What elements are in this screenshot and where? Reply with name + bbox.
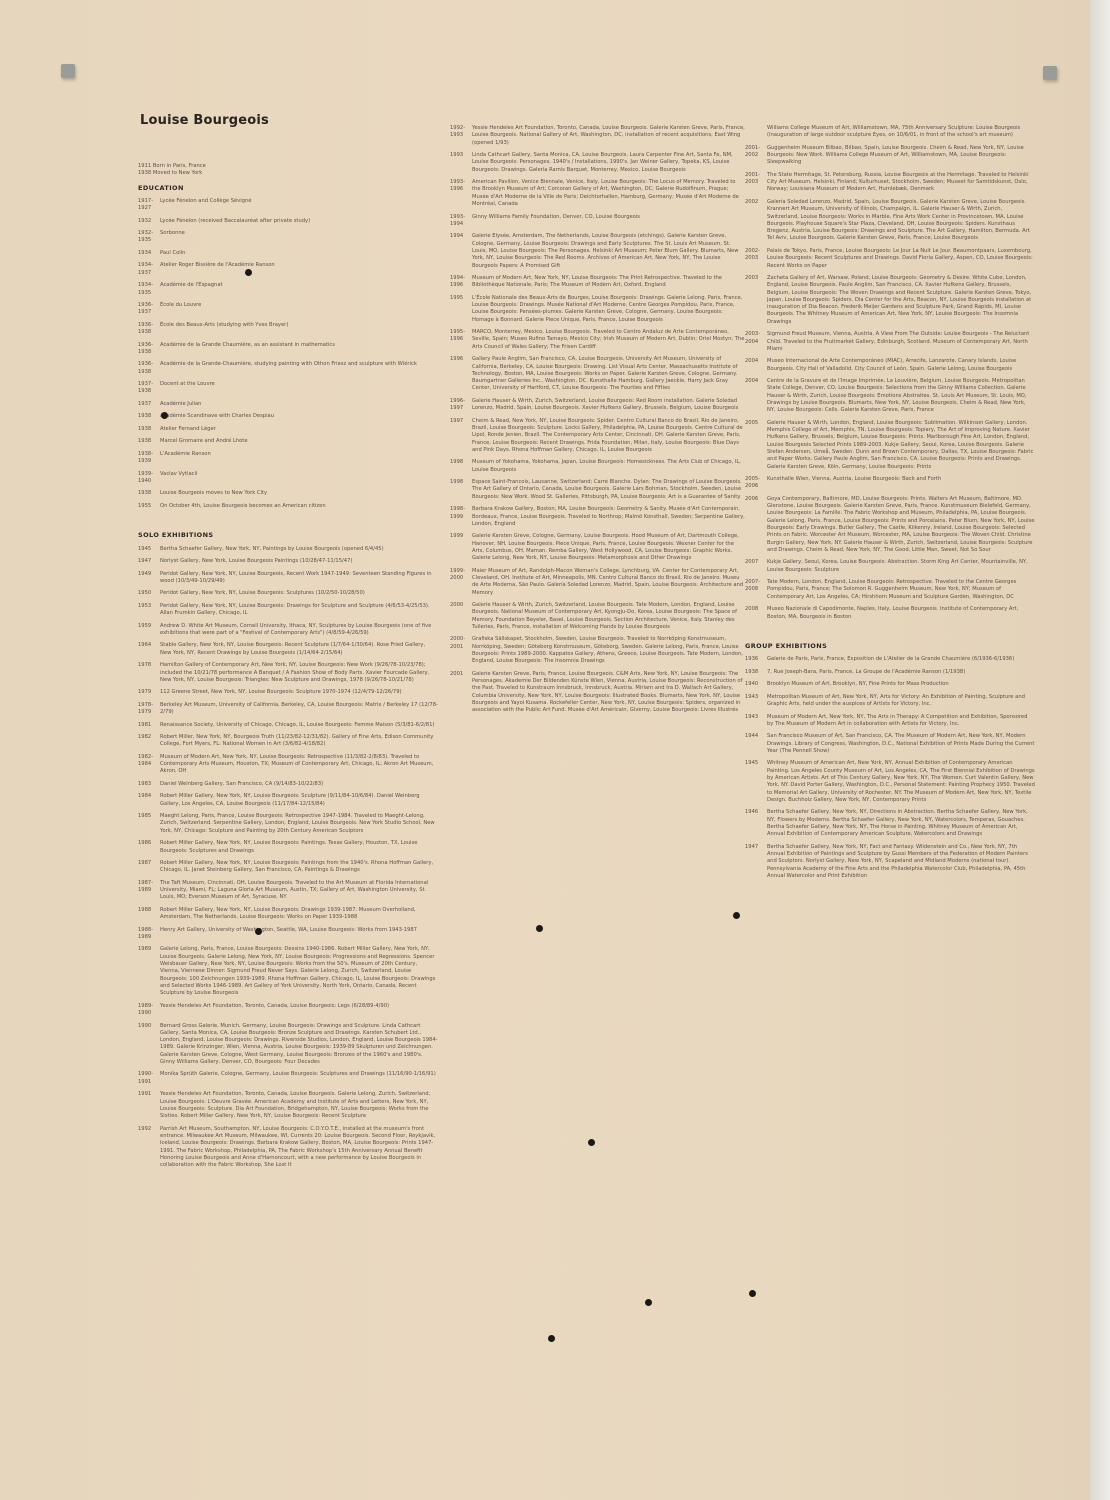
- entry-text: 112 Greene Street, New York, NY, Louise …: [160, 689, 438, 696]
- list-item: 1992Parrish Art Museum, Southampton, NY,…: [138, 1126, 438, 1170]
- entry-text: Hamilton Gallery of Contemporary Art, Ne…: [160, 662, 438, 684]
- list-item: 1938Marcel Gromaire and André Lhote: [138, 438, 438, 445]
- list-item: 1947Norlyst Gallery, New York, Louise Bo…: [138, 558, 438, 565]
- entry-year: 1945: [745, 760, 767, 804]
- entry-text: Sigmund Freud Museum, Vienna, Austria, A…: [767, 331, 1035, 353]
- list-item: 1989Galerie Lelong, Paris, France, Louis…: [138, 946, 438, 997]
- entry-year: 1943: [745, 694, 767, 709]
- entry-text: Marcel Gromaire and André Lhote: [160, 438, 438, 445]
- entry-year: 1949: [138, 571, 160, 586]
- entry-year: 2001-2002: [745, 145, 767, 167]
- list-item: 1991Yessie Hendeles Art Foundation, Toro…: [138, 1091, 438, 1120]
- list-item: 2006Goya Contemporary, Baltimore, MD, Lo…: [745, 496, 1035, 554]
- entry-year: 1932-1935: [138, 230, 160, 245]
- entry-year: 1944: [745, 733, 767, 755]
- entry-year: 1939-1940: [138, 471, 160, 486]
- entry-text: Bertha Schaefer Gallery, New York, NY, F…: [767, 844, 1035, 880]
- entry-text: Museo Nazionale di Capodimonte, Naples, …: [767, 606, 1035, 621]
- entry-year: 1991: [138, 1091, 160, 1120]
- list-item: 1995-1996MARCO, Monterrey, Mexico, Louis…: [450, 329, 745, 351]
- list-item: Williams College Museum of Art, Williams…: [745, 125, 1035, 140]
- entry-text: Académie Julian: [160, 401, 438, 408]
- entry-text: Kukje Gallery, Seoul, Korea, Louise Bour…: [767, 559, 1035, 574]
- list-item: 1998Espace Saint-Francois, Lausanne, Swi…: [450, 479, 745, 501]
- list-item: 1938Atelier Fernand Léger: [138, 426, 438, 433]
- entry-year: 2004: [745, 378, 767, 414]
- entry-year: 1993-1996: [450, 179, 472, 208]
- entry-text: Bertha Schaefer Gallery, New York, NY, P…: [160, 546, 438, 553]
- entry-year: 1998: [450, 459, 472, 474]
- ink-dot: [245, 269, 252, 276]
- entry-year: 1936-1938: [138, 342, 160, 357]
- entry-year: 1982-1984: [138, 754, 160, 776]
- entry-year: 1936-1938: [138, 322, 160, 337]
- entry-year: 1995-1996: [450, 329, 472, 351]
- entry-text: The State Hermitage, St. Petersburg, Rus…: [767, 172, 1035, 194]
- entry-year: 2007-2008: [745, 579, 767, 601]
- list-item: 1982-1984Museum of Modern Art, New York,…: [138, 754, 438, 776]
- list-item: 2002Galería Soledad Lorenzo, Madrid, Spa…: [745, 199, 1035, 243]
- list-item: 1917-1927Lycée Fénelon and Collège Sévig…: [138, 198, 438, 213]
- column-right: Williams College Museum of Art, Williams…: [745, 125, 1035, 885]
- entry-text: Guggenheim Museum Bilbao, Bilbao, Spain,…: [767, 145, 1035, 167]
- entry-year: 1983: [138, 781, 160, 788]
- entry-year: 1987: [138, 860, 160, 875]
- list-item: 1992-1993Yessie Hendeles Art Foundation,…: [450, 125, 745, 147]
- list-item: 2000Galerie Hauser & Wirth, Zurich, Swit…: [450, 602, 745, 631]
- list-item: 1990Bernard Gross Galerie, Munich, Germa…: [138, 1023, 438, 1067]
- list-item: 2003-2004Sigmund Freud Museum, Vienna, A…: [745, 331, 1035, 353]
- ink-dot: [733, 912, 740, 919]
- entry-text: Académie de la Grande Chaumière, as an a…: [160, 342, 438, 357]
- entry-year: 1936: [745, 656, 767, 663]
- entry-year: 2001-2003: [745, 172, 767, 194]
- magnet-top-left: [61, 64, 75, 78]
- entry-year: 2003-2004: [745, 331, 767, 353]
- group-exhibitions-list: 1936Galerie de Paris, Paris, France, Exp…: [745, 656, 1035, 880]
- entry-year: 1936-1937: [138, 302, 160, 317]
- list-item: 1979112 Greene Street, New York, NY, Lou…: [138, 689, 438, 696]
- list-item: 1932Lycée Fénelon (received Baccalauréat…: [138, 218, 438, 225]
- list-item: 1944San Francisco Museum of Art, San Fra…: [745, 733, 1035, 755]
- solo-exhibitions-list-1: 1945Bertha Schaefer Gallery, New York, N…: [138, 546, 438, 1170]
- list-item: 1937Académie Julian: [138, 401, 438, 408]
- entry-year: 1936-1938: [138, 361, 160, 376]
- entry-year: 2002-2003: [745, 248, 767, 270]
- entry-text: Paul Colin: [160, 250, 438, 257]
- magnet-top-right: [1043, 66, 1057, 80]
- entry-text: Grafiska Sällskapet, Stockholm, Sweden, …: [472, 636, 745, 665]
- list-item: 1998Museum of Yokohama, Yokohama, Japan,…: [450, 459, 745, 474]
- list-item: 1978-1979Berkeley Art Museum, University…: [138, 702, 438, 717]
- entry-year: 1938: [138, 426, 160, 433]
- list-item: 2005Galerie Hauser & Wirth, London, Engl…: [745, 420, 1035, 471]
- entry-text: Zacheta Gallery of Art, Warsaw, Poland, …: [767, 275, 1035, 326]
- entry-year: 1938-1939: [138, 451, 160, 466]
- entry-year: 1984: [138, 793, 160, 808]
- entry-text: Barbara Krakow Gallery, Boston, MA, Loui…: [472, 506, 745, 528]
- list-item: 1947Bertha Schaefer Gallery, New York, N…: [745, 844, 1035, 880]
- entry-text: The Taft Museum, Cincinnati, OH, Louise …: [160, 880, 438, 902]
- entry-year: 1917-1927: [138, 198, 160, 213]
- entry-year: 2003: [745, 275, 767, 326]
- entry-year: 1989-1990: [138, 1003, 160, 1018]
- entry-year: 2001: [450, 671, 472, 715]
- entry-text: Bernard Gross Galerie, Munich, Germany, …: [160, 1023, 438, 1067]
- entry-text: Norlyst Gallery, New York, Louise Bourge…: [160, 558, 438, 565]
- entry-text: Vaclav Vytlacil: [160, 471, 438, 486]
- list-item: 1997Cheim & Read, New York, NY, Louise B…: [450, 418, 745, 454]
- entry-year: 1992-1993: [450, 125, 472, 147]
- entry-year: [745, 125, 767, 140]
- entry-text: Robert Miller Gallery, New York, NY, Lou…: [160, 840, 438, 855]
- bio-line: 1938 Moved to New York: [138, 170, 438, 177]
- entry-year: 1986: [138, 840, 160, 855]
- entry-text: Cheim & Read, New York, NY, Louise Bourg…: [472, 418, 745, 454]
- list-item: 2007-2008Tate Modern, London, England, L…: [745, 579, 1035, 601]
- list-item: 2007Kukje Gallery, Seoul, Korea, Louise …: [745, 559, 1035, 574]
- entry-text: École du Louvre: [160, 302, 438, 317]
- entry-year: 1964: [138, 642, 160, 657]
- entry-text: Parrish Art Museum, Southampton, NY, Lou…: [160, 1126, 438, 1170]
- entry-text: Centre de la Gravure et de l'Image Impri…: [767, 378, 1035, 414]
- ink-dot: [749, 1290, 756, 1297]
- list-item: 2001-2002Guggenheim Museum Bilbao, Bilba…: [745, 145, 1035, 167]
- entry-text: Galerie Hauser & Wirth, Zurich, Switzerl…: [472, 398, 745, 413]
- entry-text: Robert Miller Gallery, New York, NY, Lou…: [160, 793, 438, 808]
- list-item: 1959Andrew D. White Art Museum, Cornell …: [138, 623, 438, 638]
- entry-text: Tate Modern, London, England, Louise Bou…: [767, 579, 1035, 601]
- entry-year: 2000-2001: [450, 636, 472, 665]
- education-list: 1917-1927Lycée Fénelon and Collège Sévig…: [138, 198, 438, 510]
- entry-year: 1985: [138, 813, 160, 835]
- entry-text: Linda Cathcart Gallery, Santa Monica, CA…: [472, 152, 745, 174]
- entry-text: Docent at the Louvre: [160, 381, 438, 396]
- entry-text: Andrew D. White Art Museum, Cornell Univ…: [160, 623, 438, 638]
- entry-text: Louise Bourgeois moves to New York City: [160, 490, 438, 497]
- list-item: 1987Robert Miller Gallery, New York, NY,…: [138, 860, 438, 875]
- entry-text: Museum of Modern Art, New York, NY, Loui…: [160, 754, 438, 776]
- entry-year: 1955: [138, 503, 160, 510]
- entry-year: 1987-1989: [138, 880, 160, 902]
- list-item: 1981Renaissance Society, University of C…: [138, 722, 438, 729]
- solo-exhibitions-list-2: 1992-1993Yessie Hendeles Art Foundation,…: [450, 125, 745, 715]
- entry-text: Henry Art Gallery, University of Washing…: [160, 927, 438, 942]
- entry-year: 1940: [745, 681, 767, 688]
- entry-year: 1989: [138, 946, 160, 997]
- entry-year: 1994-1996: [450, 275, 472, 290]
- entry-text: Gallery Paule Anglim, San Francisco, CA,…: [472, 356, 745, 392]
- list-item: 1986Robert Miller Gallery, New York, NY,…: [138, 840, 438, 855]
- entry-year: 1934-1937: [138, 262, 160, 277]
- entry-year: 1996-1997: [450, 398, 472, 413]
- entry-text: L'École Nationale des Beaux-Arts de Bour…: [472, 295, 745, 324]
- entry-year: 1938: [138, 413, 160, 420]
- ink-dot: [255, 928, 262, 935]
- entry-year: 1979: [138, 689, 160, 696]
- entry-text: Monika Sprüth Galerie, Cologne, Germany,…: [160, 1071, 438, 1086]
- entry-text: American Pavilion, Venice Biennale, Veni…: [472, 179, 745, 208]
- entry-year: 1997: [450, 418, 472, 454]
- list-item: 1934Paul Colin: [138, 250, 438, 257]
- list-item: 1936-1938École des Beaux-Arts (studying …: [138, 322, 438, 337]
- list-item: 2008Museo Nazionale di Capodimonte, Napl…: [745, 606, 1035, 621]
- list-item: 1938-1939L'Académie Ranson: [138, 451, 438, 466]
- list-item: 1988-1989Henry Art Gallery, University o…: [138, 927, 438, 942]
- entry-year: 1999-2000: [450, 568, 472, 597]
- entry-year: 1934-1935: [138, 282, 160, 297]
- list-item: 1999Galerie Karsten Greve, Cologne, Germ…: [450, 533, 745, 562]
- list-item: 1939-1940Vaclav Vytlacil: [138, 471, 438, 486]
- entry-year: 1950: [138, 590, 160, 597]
- column-left: 1911 Born in Paris, France1938 Moved to …: [138, 163, 438, 1175]
- list-item: 1943Museum of Modern Art, New York, NY, …: [745, 714, 1035, 729]
- entry-text: San Francisco Museum of Art, San Francis…: [767, 733, 1035, 755]
- entry-text: Atelier Fernand Léger: [160, 426, 438, 433]
- list-item: 2001-2003The State Hermitage, St. Peters…: [745, 172, 1035, 194]
- document-title: Louise Bourgeois: [140, 113, 269, 128]
- entry-year: 1995: [450, 295, 472, 324]
- entry-year: 1982: [138, 734, 160, 749]
- entry-text: Williams College Museum of Art, Williams…: [767, 125, 1035, 140]
- list-item: 2004Centre de la Gravure et de l'Image I…: [745, 378, 1035, 414]
- list-item: 1949Peridot Gallery, New York, NY, Louis…: [138, 571, 438, 586]
- list-item: 19387, Rue Joseph-Bara, Paris, France, L…: [745, 669, 1035, 676]
- education-heading: EDUCATION: [138, 185, 438, 192]
- list-item: 1990-1991Monika Sprüth Galerie, Cologne,…: [138, 1071, 438, 1086]
- entry-year: 1943: [745, 714, 767, 729]
- entry-year: 1953: [138, 603, 160, 618]
- entry-year: 1994: [450, 233, 472, 269]
- entry-text: Maier Museum of Art, Randolph-Macon Woma…: [472, 568, 745, 597]
- entry-text: Robert Miller Gallery, New York, NY, Lou…: [160, 907, 438, 922]
- entry-text: Stable Gallery, New York, NY, Louise Bou…: [160, 642, 438, 657]
- entry-year: 1992: [138, 1126, 160, 1170]
- entry-text: Atelier Roger Bissière de l'Académie Ran…: [160, 262, 438, 277]
- list-item: 1938Académie Scandinave with Charles Des…: [138, 413, 438, 420]
- entry-text: Daniel Weinberg Gallery, San Francisco, …: [160, 781, 438, 788]
- entry-text: Yessie Hendeles Art Foundation, Toronto,…: [160, 1091, 438, 1120]
- entry-year: 1938: [745, 669, 767, 676]
- entry-year: 2007: [745, 559, 767, 574]
- list-item: 2003Zacheta Gallery of Art, Warsaw, Pola…: [745, 275, 1035, 326]
- entry-text: Galerie Karsten Greve, Cologne, Germany,…: [472, 533, 745, 562]
- entry-text: Maeght Lelong, Paris, France, Louise Bou…: [160, 813, 438, 835]
- entry-text: Peridot Gallery, New York, NY, Louise Bo…: [160, 603, 438, 618]
- entry-text: Museum of Modern Art, New York, NY, The …: [767, 714, 1035, 729]
- entry-text: Académie de la Grande-Chaumière, studyin…: [160, 361, 438, 376]
- ink-dot: [536, 925, 543, 932]
- entry-text: Académie de l'Espagnat: [160, 282, 438, 297]
- entry-text: On October 4th, Louise Bourgeois becomes…: [160, 503, 438, 510]
- entry-year: 1938: [138, 438, 160, 445]
- entry-year: 2005: [745, 420, 767, 471]
- list-item: 1953Peridot Gallery, New York, NY, Louis…: [138, 603, 438, 618]
- entry-year: 1947: [138, 558, 160, 565]
- bio-line: 1911 Born in Paris, France: [138, 163, 438, 170]
- entry-text: Museo Internacional de Arte Contemporáne…: [767, 358, 1035, 373]
- list-item: 1936-1937École du Louvre: [138, 302, 438, 317]
- entry-text: Sorbonne: [160, 230, 438, 245]
- entry-year: 1937-1938: [138, 381, 160, 396]
- entry-year: 1978: [138, 662, 160, 684]
- entry-year: 1993: [450, 152, 472, 174]
- entry-year: 1996: [450, 356, 472, 392]
- list-item: 1993Linda Cathcart Gallery, Santa Monica…: [450, 152, 745, 174]
- list-item: 1983Daniel Weinberg Gallery, San Francis…: [138, 781, 438, 788]
- entry-text: Académie Scandinave with Charles Despiau: [160, 413, 438, 420]
- column-middle: 1992-1993Yessie Hendeles Art Foundation,…: [450, 125, 745, 720]
- group-exhibitions-heading: GROUP EXHIBITIONS: [745, 643, 1035, 650]
- list-item: 1945Bertha Schaefer Gallery, New York, N…: [138, 546, 438, 553]
- entry-year: 2002: [745, 199, 767, 243]
- entry-text: Brooklyn Museum of Art, Brooklyn, NY, Fi…: [767, 681, 1035, 688]
- list-item: 1932-1935Sorbonne: [138, 230, 438, 245]
- entry-text: Palais de Tokyo, Paris, France, Louise B…: [767, 248, 1035, 270]
- entry-text: Galerie de Paris, Paris, France, Exposit…: [767, 656, 1035, 663]
- list-item: 1999-2000Maier Museum of Art, Randolph-M…: [450, 568, 745, 597]
- list-item: 1985Maeght Lelong, Paris, France, Louise…: [138, 813, 438, 835]
- entry-text: Galerie Elysée, Amsterdam, The Netherlan…: [472, 233, 745, 269]
- list-item: 1988Robert Miller Gallery, New York, NY,…: [138, 907, 438, 922]
- entry-text: Peridot Gallery, New York, NY, Louise Bo…: [160, 571, 438, 586]
- entry-text: Whitney Museum of American Art, New York…: [767, 760, 1035, 804]
- list-item: 1982Robert Miller, New York, NY, Bourgeo…: [138, 734, 438, 749]
- entry-year: 1998: [450, 479, 472, 501]
- list-item: 1987-1989The Taft Museum, Cincinnati, OH…: [138, 880, 438, 902]
- entry-text: Museum of Yokohama, Yokohama, Japan, Lou…: [472, 459, 745, 474]
- entry-year: 2000: [450, 602, 472, 631]
- ink-dot: [645, 1299, 652, 1306]
- entry-year: 1937: [138, 401, 160, 408]
- entry-text: Lycée Fénelon and Collège Sévigné: [160, 198, 438, 213]
- entry-text: Robert Miller, New York, NY, Bourgeois T…: [160, 734, 438, 749]
- list-item: 1984Robert Miller Gallery, New York, NY,…: [138, 793, 438, 808]
- list-item: 1978Hamilton Gallery of Contemporary Art…: [138, 662, 438, 684]
- entry-year: 1981: [138, 722, 160, 729]
- entry-year: 1988: [138, 907, 160, 922]
- entry-text: Robert Miller Gallery, New York, NY, Lou…: [160, 860, 438, 875]
- list-item: 1936Galerie de Paris, Paris, France, Exp…: [745, 656, 1035, 663]
- list-item: 2005-2006Kunsthalle Wien, Vienna, Austri…: [745, 476, 1035, 491]
- list-item: 1936-1938Académie de la Grande-Chaumière…: [138, 361, 438, 376]
- entry-text: Metropolitan Museum of Art, New York, NY…: [767, 694, 1035, 709]
- entry-year: 1934: [138, 250, 160, 257]
- list-item: 1943Metropolitan Museum of Art, New York…: [745, 694, 1035, 709]
- entry-text: L'Académie Ranson: [160, 451, 438, 466]
- list-item: 1996-1997Galerie Hauser & Wirth, Zurich,…: [450, 398, 745, 413]
- list-item: 1936-1938Académie de la Grande Chaumière…: [138, 342, 438, 357]
- list-item: 1989-1990Yessie Hendeles Art Foundation,…: [138, 1003, 438, 1018]
- entry-text: Galería Soledad Lorenzo, Madrid, Spain, …: [767, 199, 1035, 243]
- entry-year: 1945: [138, 546, 160, 553]
- entry-year: 1932: [138, 218, 160, 225]
- entry-year: 1959: [138, 623, 160, 638]
- entry-text: École des Beaux-Arts (studying with Yves…: [160, 322, 438, 337]
- entry-year: 1990: [138, 1023, 160, 1067]
- list-item: 1964Stable Gallery, New York, NY, Louise…: [138, 642, 438, 657]
- entry-year: 1978-1979: [138, 702, 160, 717]
- list-item: 1996Gallery Paule Anglim, San Francisco,…: [450, 356, 745, 392]
- list-item: 1940Brooklyn Museum of Art, Brooklyn, NY…: [745, 681, 1035, 688]
- ink-dot: [588, 1139, 595, 1146]
- list-item: 1937-1938Docent at the Louvre: [138, 381, 438, 396]
- entry-text: Espace Saint-Francois, Lausanne, Switzer…: [472, 479, 745, 501]
- bio: 1911 Born in Paris, France1938 Moved to …: [138, 163, 438, 178]
- solo-exhibitions-list-3: Williams College Museum of Art, Williams…: [745, 125, 1035, 621]
- entry-year: 1998-1999: [450, 506, 472, 528]
- entry-year: 1999: [450, 533, 472, 562]
- entry-year: 1988-1989: [138, 927, 160, 942]
- list-item: 2002-2003Palais de Tokyo, Paris, France,…: [745, 248, 1035, 270]
- ink-dot: [161, 412, 168, 419]
- list-item: 1950Peridot Gallery, New York, NY, Louis…: [138, 590, 438, 597]
- list-item: 1994-1996Museum of Modern Art, New York,…: [450, 275, 745, 290]
- entry-text: Galerie Hauser & Wirth, Zurich, Switzerl…: [472, 602, 745, 631]
- ink-dot: [548, 1335, 555, 1342]
- list-item: 1993-1996American Pavilion, Venice Bienn…: [450, 179, 745, 208]
- entry-text: Ginny Williams Family Foundation, Denver…: [472, 214, 745, 229]
- entry-year: 2005-2006: [745, 476, 767, 491]
- list-item: 2004Museo Internacional de Arte Contempo…: [745, 358, 1035, 373]
- solo-exhibitions-heading: SOLO EXHIBITIONS: [138, 532, 438, 539]
- list-item: 1994Galerie Elysée, Amsterdam, The Nethe…: [450, 233, 745, 269]
- entry-text: Berkeley Art Museum, University of Calif…: [160, 702, 438, 717]
- entry-text: Goya Contemporary, Baltimore, MD, Louise…: [767, 496, 1035, 554]
- entry-text: Galerie Hauser & Wirth, London, England,…: [767, 420, 1035, 471]
- list-item: 1993-1994Ginny Williams Family Foundatio…: [450, 214, 745, 229]
- entry-text: Yessie Hendeles Art Foundation, Toronto,…: [160, 1003, 438, 1018]
- entry-text: Yessie Hendeles Art Foundation, Toronto,…: [472, 125, 745, 147]
- list-item: 2000-2001Grafiska Sällskapet, Stockholm,…: [450, 636, 745, 665]
- entry-text: Lycée Fénelon (received Baccalauréat aft…: [160, 218, 438, 225]
- list-item: 1998-1999Barbara Krakow Gallery, Boston,…: [450, 506, 745, 528]
- list-item: 1934-1935Académie de l'Espagnat: [138, 282, 438, 297]
- entry-year: 2006: [745, 496, 767, 554]
- entry-text: Bertha Schaefer Gallery, New York, NY, D…: [767, 809, 1035, 838]
- entry-text: Galerie Karsten Greve, Paris, France, Lo…: [472, 671, 745, 715]
- list-item: 1945Whitney Museum of American Art, New …: [745, 760, 1035, 804]
- entry-year: 1946: [745, 809, 767, 838]
- list-item: 1955On October 4th, Louise Bourgeois bec…: [138, 503, 438, 510]
- entry-text: Museum of Modern Art, New York, NY, Loui…: [472, 275, 745, 290]
- entry-year: 1990-1991: [138, 1071, 160, 1086]
- entry-year: 2008: [745, 606, 767, 621]
- entry-year: 2004: [745, 358, 767, 373]
- entry-year: 1993-1994: [450, 214, 472, 229]
- entry-text: Renaissance Society, University of Chica…: [160, 722, 438, 729]
- list-item: 1938Louise Bourgeois moves to New York C…: [138, 490, 438, 497]
- entry-text: 7, Rue Joseph-Bara, Paris, France, La Gr…: [767, 669, 1035, 676]
- entry-year: 1947: [745, 844, 767, 880]
- list-item: 2001Galerie Karsten Greve, Paris, France…: [450, 671, 745, 715]
- list-item: 1946Bertha Schaefer Gallery, New York, N…: [745, 809, 1035, 838]
- entry-text: Peridot Gallery, New York, NY, Louise Bo…: [160, 590, 438, 597]
- entry-year: 1938: [138, 490, 160, 497]
- entry-text: MARCO, Monterrey, Mexico, Louise Bourgeo…: [472, 329, 745, 351]
- wall-edge: [1090, 0, 1110, 1500]
- list-item: 1995L'École Nationale des Beaux-Arts de …: [450, 295, 745, 324]
- entry-text: Kunsthalle Wien, Vienna, Austria, Louise…: [767, 476, 1035, 491]
- list-item: 1934-1937Atelier Roger Bissière de l'Aca…: [138, 262, 438, 277]
- entry-text: Galerie Lelong, Paris, France, Louise Bo…: [160, 946, 438, 997]
